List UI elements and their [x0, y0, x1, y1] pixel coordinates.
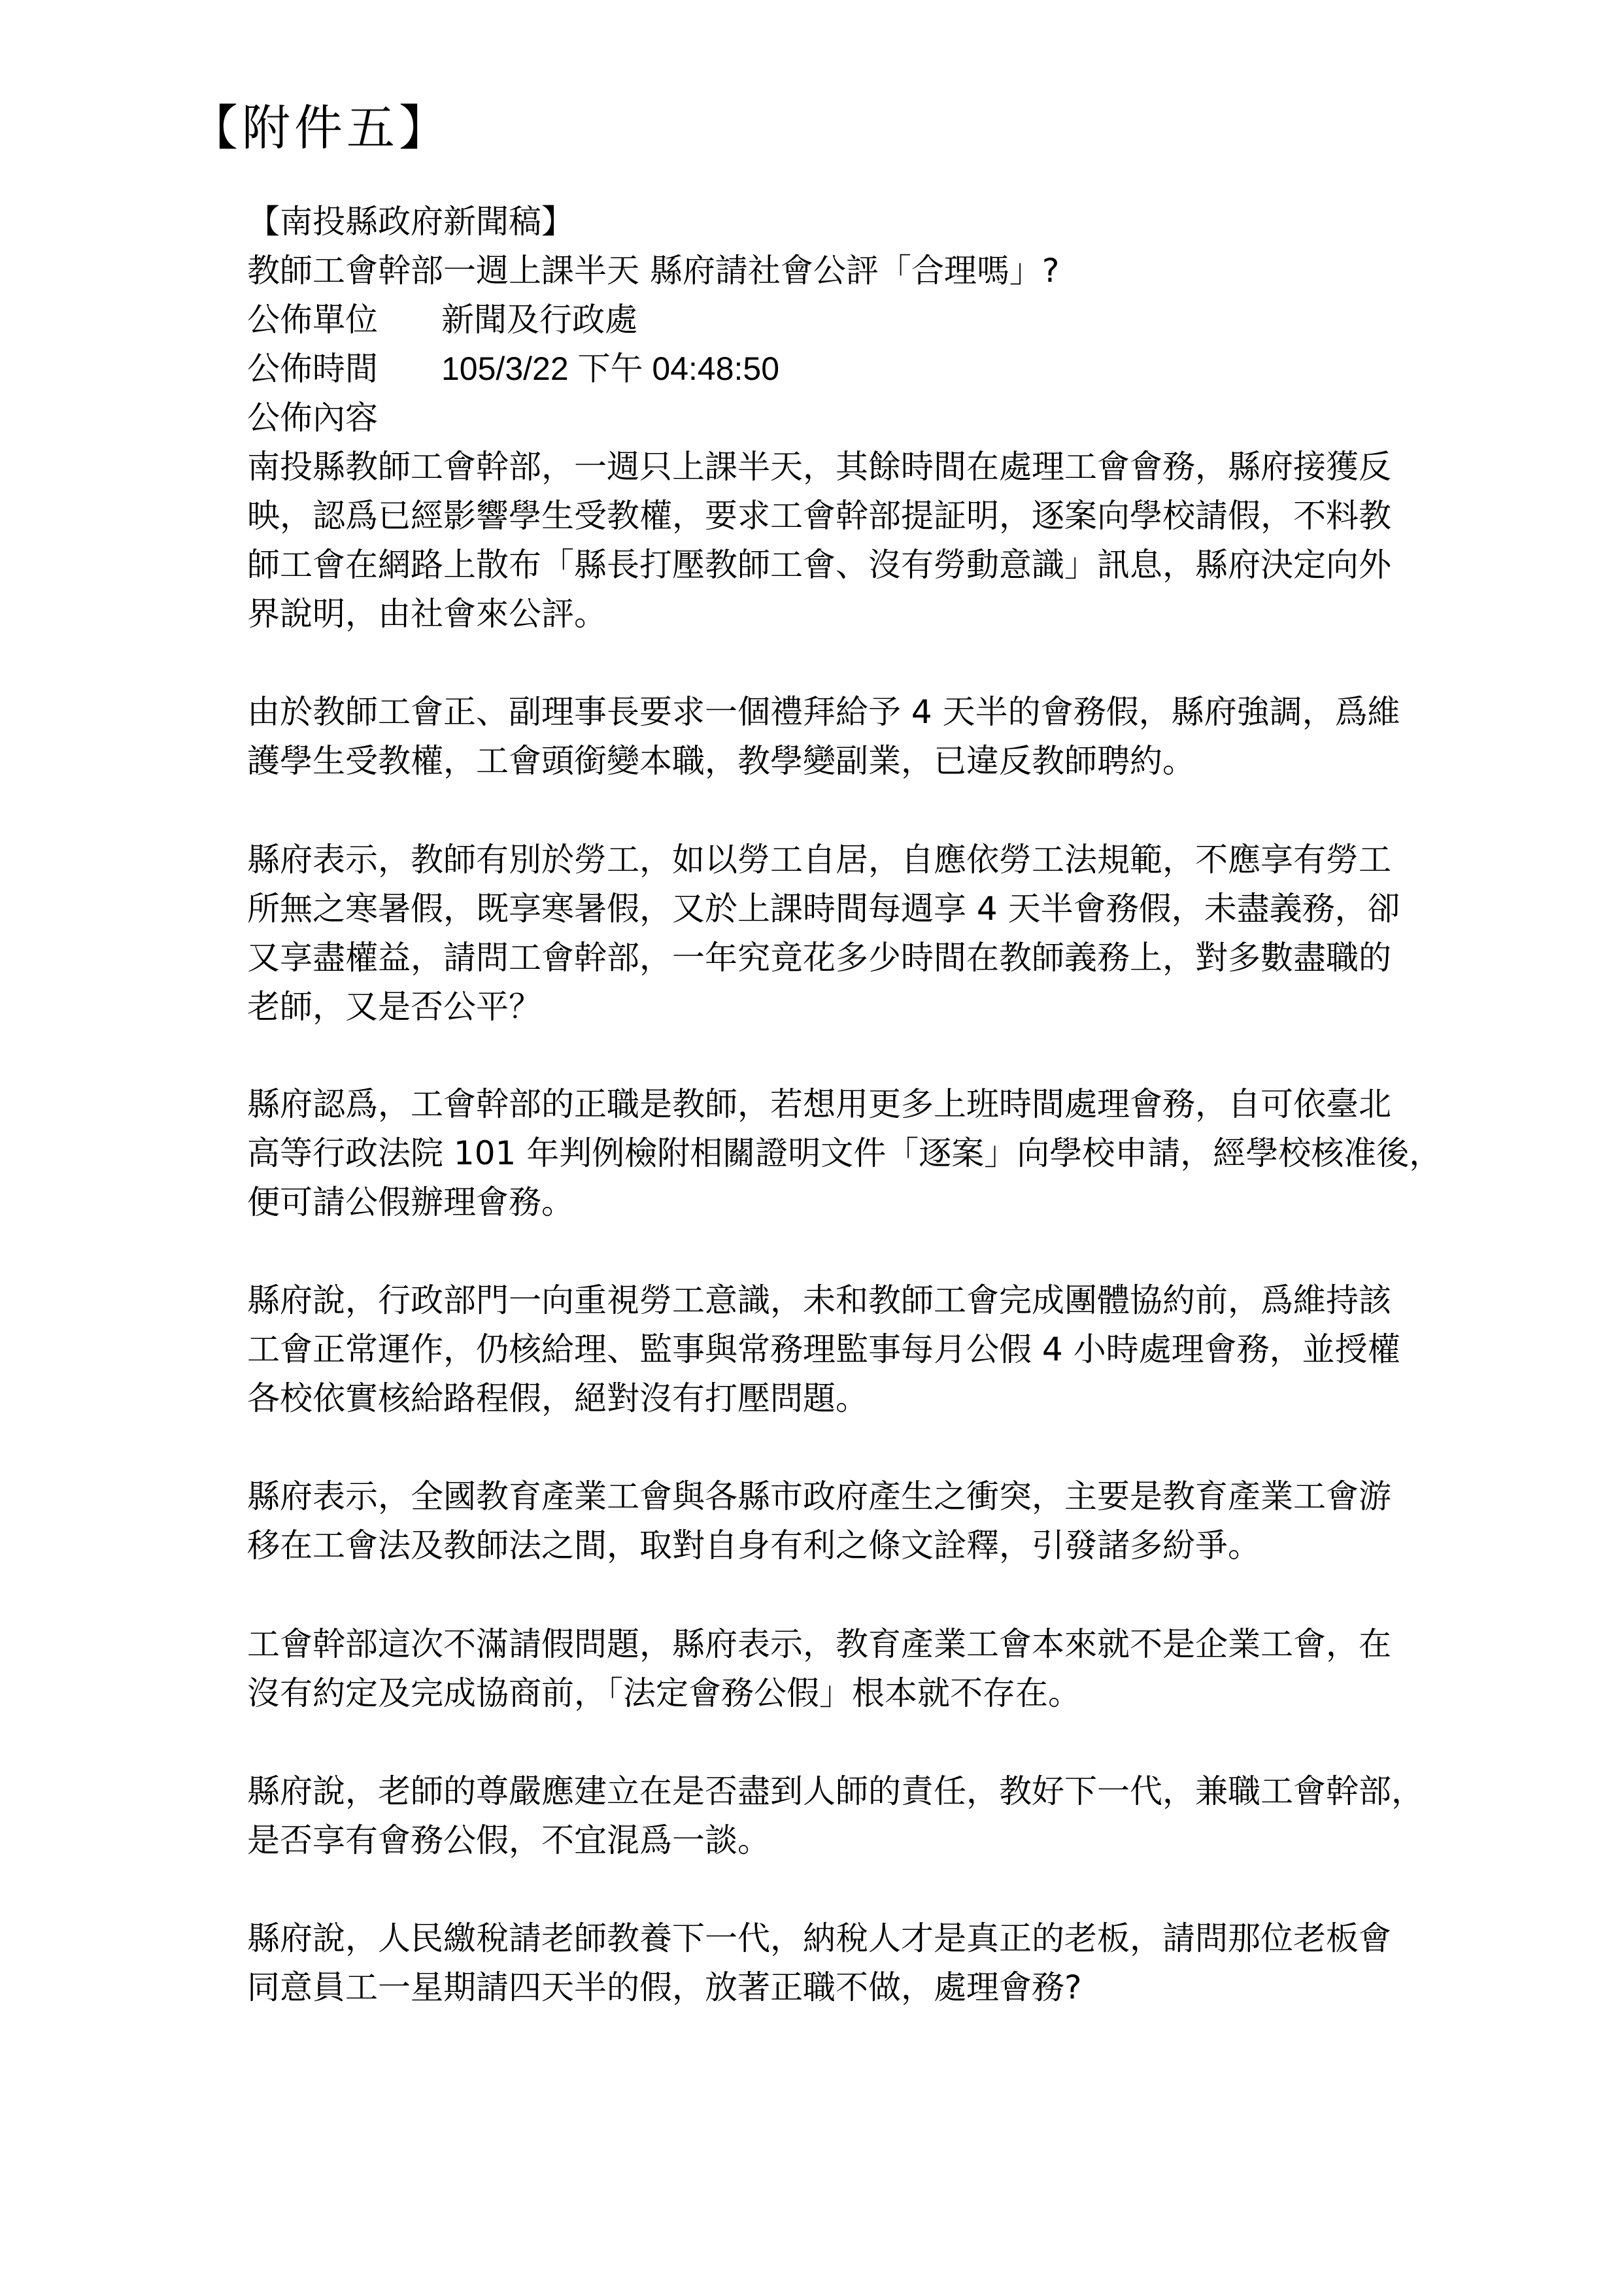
- paragraph-1-line: 映，認爲已經影響學生受教權，要求工會幹部提証明，逐案向學校請假，不料教: [247, 492, 1378, 541]
- paragraph-1-line: 師工會在網路上散布「縣長打壓教師工會、沒有勞動意識」訊息，縣府決定向外: [247, 541, 1378, 590]
- document-page: 【附件五】 【南投縣政府新聞稿】 教師工會幹部一週上課半天 縣府請社會公評「合理…: [0, 0, 1624, 2294]
- paragraph-5-line: 縣府說，行政部門一向重視勞工意識，未和教師工會完成團體協約前，爲維持該: [247, 1276, 1378, 1325]
- paragraph-5-line: 工會正常運作，仍核給理、監事與常務理監事每月公假 4 小時處理會務，並授權: [247, 1325, 1378, 1374]
- meta-row-unit: 公佈單位 新聞及行政處: [247, 295, 1378, 345]
- paragraph-4-line: 便可請公假辦理會務。: [247, 1178, 1378, 1227]
- paragraph-4-line: 縣府認爲，工會幹部的正職是教師，若想用更多上班時間處理會務，自可依臺北: [247, 1080, 1378, 1129]
- meta-label: 公佈內容: [247, 394, 378, 443]
- meta-label: 公佈單位: [247, 295, 378, 345]
- paragraph-8-line: 縣府說，老師的尊嚴應建立在是否盡到人師的責任，教好下一代，兼職工會幹部，: [247, 1767, 1378, 1816]
- paragraph-3-line: 縣府表示，教師有別於勞工，如以勞工自居，自應依勞工法規範，不應享有勞工: [247, 835, 1378, 885]
- press-headline: 教師工會幹部一週上課半天 縣府請社會公評「合理嗎」?: [247, 246, 1059, 295]
- paragraph-7-line: 沒有約定及完成協商前，「法定會務公假」根本就不存在。: [247, 1669, 1378, 1718]
- paragraph-8-line: 是否享有會務公假，不宜混爲一談。: [247, 1816, 1378, 1865]
- paragraph-1-line: 界說明，由社會來公評。: [247, 590, 1378, 639]
- meta-row-time: 公佈時間 105/3/22 下午 04:48:50: [247, 345, 1378, 394]
- paragraph-4-line: 高等行政法院 101 年判例檢附相關證明文件「逐案」向學校申請，經學校核准後，: [247, 1129, 1378, 1178]
- paragraph-3-line: 又享盡權益，請問工會幹部，一年究竟花多少時間在教師義務上，對多數盡職的: [247, 934, 1378, 983]
- paragraph-2-line: 護學生受教權，工會頭銜變本職，教學變副業，已違反教師聘約。: [247, 737, 1378, 786]
- annex-title: 【附件五】: [190, 97, 451, 160]
- paragraph-6-line: 縣府表示，全國教育產業工會與各縣市政府產生之衝突，主要是教育產業工會游: [247, 1472, 1378, 1521]
- meta-value: 105/3/22 下午 04:48:50: [441, 345, 779, 394]
- meta-value: 新聞及行政處: [441, 295, 637, 345]
- meta-label: 公佈時間: [247, 345, 378, 394]
- press-source-label: 【南投縣政府新聞稿】: [247, 197, 574, 246]
- paragraph-7-line: 工會幹部這次不滿請假問題，縣府表示，教育產業工會本來就不是企業工會，在: [247, 1620, 1378, 1669]
- paragraph-9-line: 縣府說，人民繳稅請老師教養下一代，納稅人才是真正的老板，請問那位老板會: [247, 1914, 1378, 1963]
- paragraph-6-line: 移在工會法及教師法之間，取對自身有利之條文詮釋，引發諸多紛爭。: [247, 1521, 1378, 1570]
- meta-row-content: 公佈內容: [247, 394, 1378, 443]
- paragraph-9-line: 同意員工一星期請四天半的假，放著正職不做，處理會務?: [247, 1963, 1378, 2012]
- paragraph-2-line: 由於教師工會正、副理事長要求一個禮拜給予 4 天半的會務假，縣府強調，爲維: [247, 688, 1378, 737]
- paragraph-3-line: 老師，又是否公平？: [247, 983, 1378, 1032]
- paragraph-3-line: 所無之寒暑假，既享寒暑假，又於上課時間每週享 4 天半會務假，未盡義務，卻: [247, 885, 1378, 934]
- paragraph-5-line: 各校依實核給路程假，絕對沒有打壓問題。: [247, 1374, 1378, 1423]
- paragraph-1-line: 南投縣教師工會幹部，一週只上課半天，其餘時間在處理工會會務，縣府接獲反: [247, 443, 1378, 492]
